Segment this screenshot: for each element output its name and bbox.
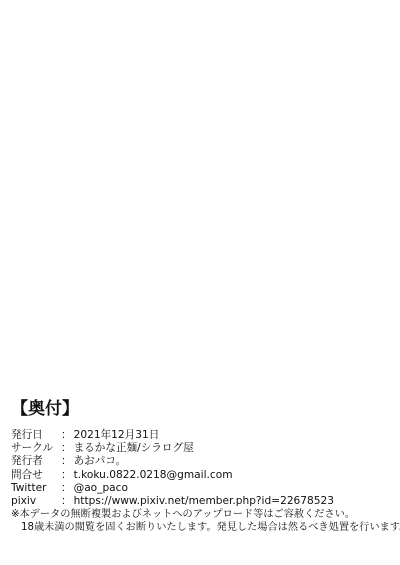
info-value: まるかな正麺/シラログ屋	[74, 442, 194, 455]
info-separator: ：	[61, 495, 72, 508]
info-value: あおパコ。	[74, 455, 127, 468]
colophon-section: 【奥付】 発行日 ： 2021年12月31日 サークル ： まるかな正麺/シラロ…	[11, 398, 396, 535]
info-row-contact: 問合せ ： t.koku.0822.0218@gmail.com	[11, 469, 396, 482]
info-separator: ：	[61, 442, 72, 455]
info-row-twitter: Twitter ： @ao_paco	[11, 482, 396, 495]
info-label: Twitter	[11, 482, 61, 495]
info-row-publish-date: 発行日 ： 2021年12月31日	[11, 429, 396, 442]
info-row-publisher: 発行者 ： あおパコ。	[11, 455, 396, 468]
info-row-circle: サークル ： まるかな正麺/シラログ屋	[11, 442, 396, 455]
pixiv-url: https://www.pixiv.net/member.php?id=2267…	[74, 495, 334, 508]
document-page: 【奥付】 発行日 ： 2021年12月31日 サークル ： まるかな正麺/シラロ…	[0, 0, 400, 565]
copyright-note: ※本データの無断複製およびネットへのアップロード等はご容赦ください。	[11, 508, 396, 521]
info-label: 発行日	[11, 429, 61, 442]
info-label: pixiv	[11, 495, 61, 508]
age-restriction-note: 18歳未満の閲覧を固くお断りいたします。発見した場合は然るべき処置を行います。	[11, 521, 396, 534]
twitter-handle: @ao_paco	[74, 482, 128, 495]
info-value: 2021年12月31日	[74, 429, 160, 442]
info-label: 問合せ	[11, 469, 61, 482]
info-label: 発行者	[11, 455, 61, 468]
colophon-title: 【奥付】	[11, 398, 396, 420]
contact-email: t.koku.0822.0218@gmail.com	[74, 469, 233, 482]
info-separator: ：	[61, 429, 72, 442]
info-separator: ：	[61, 482, 72, 495]
info-row-pixiv: pixiv ： https://www.pixiv.net/member.php…	[11, 495, 396, 508]
info-separator: ：	[61, 469, 72, 482]
info-separator: ：	[61, 455, 72, 468]
info-label: サークル	[11, 442, 61, 455]
